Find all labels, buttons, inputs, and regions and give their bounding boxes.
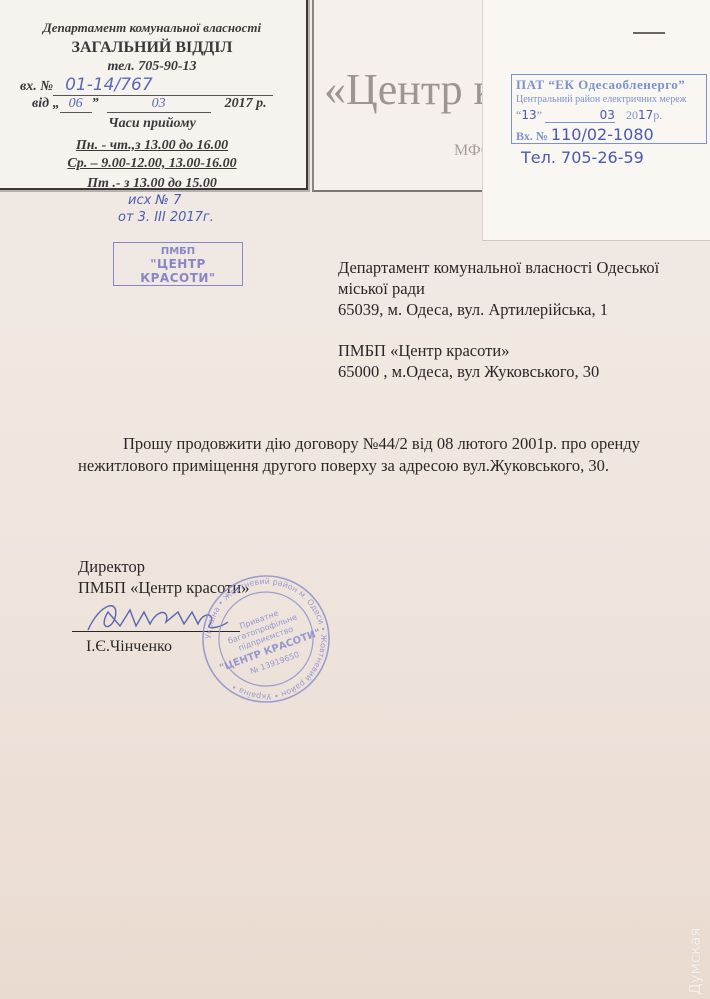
stamp-phone: тел. 705-90-13 xyxy=(0,59,306,75)
addressee-block: Департамент комунальної власності Одеськ… xyxy=(338,257,659,382)
oblenergo-year-prefix: 20 xyxy=(626,108,638,122)
stamp-division: ЗАГАЛЬНИЙ ВІДДІЛ xyxy=(0,39,306,57)
stamp-hours-row: Пт .- з 13.00 до 15.00 xyxy=(0,176,306,192)
square-stamp-line1: ПМБП xyxy=(114,246,242,257)
date-close-quote: ” xyxy=(537,108,542,122)
square-company-stamp: ПМБП "ЦЕНТР КРАСОТИ" xyxy=(113,242,243,286)
watermark: Думская xyxy=(686,928,704,995)
handwritten-outgoing-note: исх № 7 от 3. III 2017г. xyxy=(118,192,214,226)
handwritten-phone: Тел. 705-26-59 xyxy=(521,148,644,167)
recipient-line: 65039, м. Одеса, вул. Артилерійська, 1 xyxy=(338,299,659,320)
oblenergo-ref-value: 110/02-1080 xyxy=(551,125,654,144)
oblenergo-date-month: 03 xyxy=(545,108,615,123)
stamp-date-label: від „ xyxy=(32,96,60,111)
recipient-line: міської ради xyxy=(338,278,659,299)
round-seal-icon: Приватне багатопрофільне підприємство "Ц… xyxy=(200,573,332,705)
oblenergo-ref-row: Вх. № 110/02-1080 xyxy=(516,125,654,144)
letterhead-sheet: «Центр к МФО xyxy=(312,0,506,192)
stamp-date-quote: ” xyxy=(92,96,99,111)
stamp-hours-title: Часи прийому xyxy=(0,116,306,132)
stamp-date-year: 2017 р. xyxy=(225,96,267,111)
stamp-department: Департамент комунальної власності xyxy=(0,20,306,36)
sender-line: 65000 , м.Одеса, вул Жуковського, 30 xyxy=(338,361,659,382)
oblenergo-ref-label: Вх. № xyxy=(516,129,548,143)
letter-body: Прошу продовжити дію договору №44/2 від … xyxy=(78,433,678,477)
stamp-hours-row: Ср. – 9.00-12.00, 13.00-16.00 xyxy=(0,156,306,172)
oblenergo-year-suffix: р. xyxy=(653,108,662,122)
oblenergo-date-row: “13” 03 2017р. xyxy=(516,108,704,123)
stamp-ref-row: вх. №01-14/767 xyxy=(20,75,273,96)
stamp-hours-row: Пн. - чт.,з 13.00 до 16.00 xyxy=(0,138,306,154)
stamp-date-row: від „06”032017 р. xyxy=(32,96,267,113)
oblenergo-year-hand: 17 xyxy=(638,108,653,122)
square-stamp-line2: "ЦЕНТР КРАСОТИ" xyxy=(114,257,242,285)
stamp-date-month: 03 xyxy=(107,96,211,113)
body-line: Прошу продовжити дію договору №44/2 від … xyxy=(78,433,678,455)
recipient-line: Департамент комунальної власності Одеськ… xyxy=(338,257,659,278)
sender-line: ПМБП «Центр красоти» xyxy=(338,340,659,361)
stamp-date-day: 06 xyxy=(60,96,92,113)
oblenergo-date-day: 13 xyxy=(521,108,536,122)
oblenergo-stamp: ПАТ “ЕК Одесаобленерго” Центральний райо… xyxy=(511,74,707,144)
signer-name: І.Є.Чінченко xyxy=(86,638,172,656)
body-line: нежитлового приміщення другого поверху з… xyxy=(78,455,678,477)
oblenergo-slip: ПАТ “ЕК Одесаобленерго” Центральний райо… xyxy=(482,0,710,241)
note-date: от 3. III 2017г. xyxy=(118,209,214,226)
oblenergo-company: ПАТ “ЕК Одесаобленерго” xyxy=(516,77,685,93)
stamp-ref-label: вх. № xyxy=(20,79,53,94)
note-number: исх № 7 xyxy=(118,192,214,209)
stamp-ref-value: 01-14/767 xyxy=(53,75,273,96)
registration-stamp-slip: Департамент комунальної власності ЗАГАЛЬ… xyxy=(0,0,308,190)
oblenergo-district: Центральний район електричних мереж xyxy=(516,94,687,105)
letterhead-title: «Центр к xyxy=(324,64,495,115)
pencil-dash xyxy=(633,32,665,34)
